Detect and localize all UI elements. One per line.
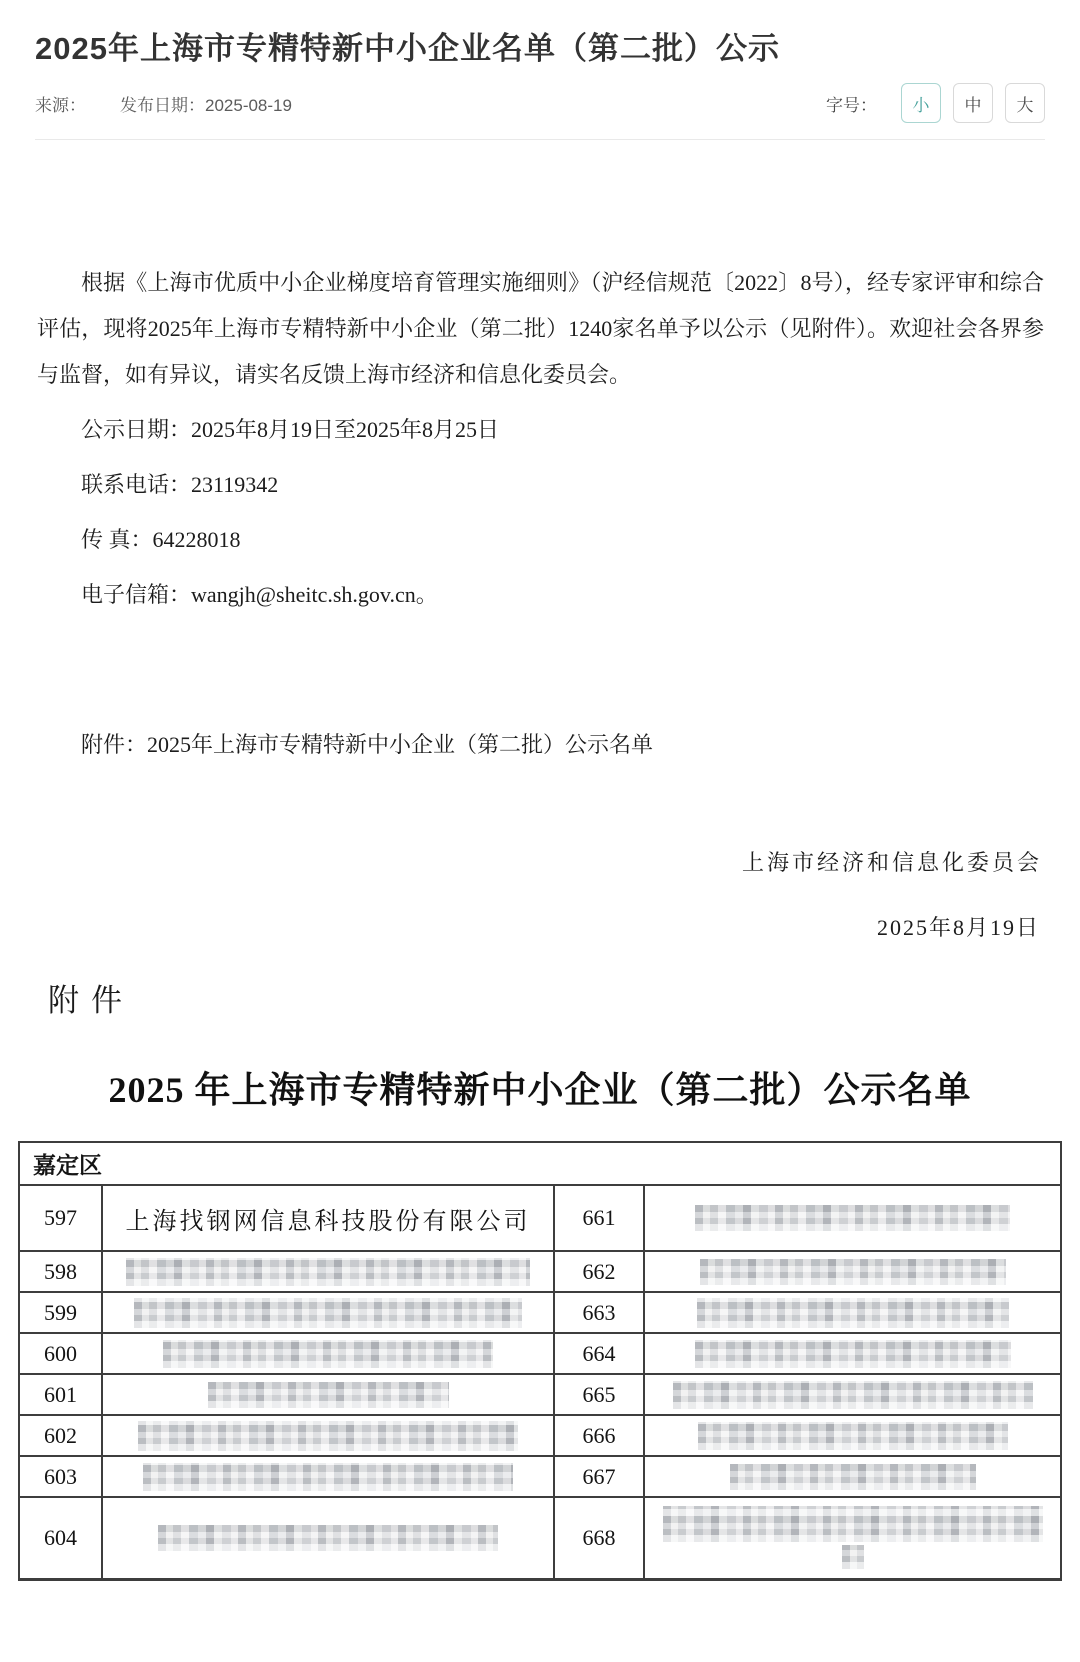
article-body: 根据《上海市优质中小企业梯度培育管理实施细则》（沪经信规范〔2022〕8号），经…: [0, 260, 1080, 951]
seq-number: 598: [19, 1251, 102, 1292]
redacted-company-name: [695, 1340, 1011, 1368]
seq-number: 604: [19, 1497, 102, 1579]
font-size-large-button[interactable]: 大: [1005, 83, 1045, 123]
email-label: 电子信箱：: [81, 582, 191, 607]
table-row: 600 664: [19, 1333, 1061, 1374]
seq-number: 602: [19, 1415, 102, 1456]
redacted-company-name: [126, 1258, 530, 1286]
redacted-company-name: [730, 1464, 976, 1490]
table-row: 602 666: [19, 1415, 1061, 1456]
fax-line: 传 真：64228018: [37, 517, 1044, 563]
page-header: 2025年上海市专精特新中小企业名单（第二批）公示 来源： 发布日期：2025-…: [0, 0, 1080, 140]
seq-number: 601: [19, 1374, 102, 1415]
redacted-company-name: [700, 1259, 1006, 1285]
table-row: 604 668: [19, 1497, 1061, 1579]
fax-label: 传 真：: [81, 527, 153, 552]
publicity-period-label: 公示日期：: [81, 417, 191, 442]
district-name: 嘉定区: [19, 1142, 1061, 1185]
redacted-company-name: [208, 1382, 449, 1408]
header-divider: [35, 139, 1045, 140]
redacted-company-name: [158, 1525, 498, 1551]
font-size-control: 字号： 小 中 大: [826, 83, 1045, 123]
seq-number: 668: [554, 1497, 644, 1579]
phone-label: 联系电话：: [81, 472, 191, 497]
bottom-whitespace: [0, 1581, 1080, 1617]
attachment-ref-line: 附件：2025年上海市专精特新中小企业（第二批）公示名单: [37, 722, 1044, 768]
attachment-section: 附件 2025 年上海市专精特新中小企业（第二批）公示名单 嘉定区 597 上海…: [0, 975, 1080, 1581]
redacted-company-name: [673, 1381, 1033, 1409]
page-title: 2025年上海市专精特新中小企业名单（第二批）公示: [35, 30, 1045, 67]
seq-number: 665: [554, 1374, 644, 1415]
issue-date: 2025年8月19日: [37, 905, 1040, 951]
table-row: 603 667: [19, 1456, 1061, 1497]
seq-number: 667: [554, 1456, 644, 1497]
email-value: wangjh@sheitc.sh.gov.cn。: [191, 582, 438, 607]
font-size-small-button[interactable]: 小: [901, 83, 941, 123]
announcement-page: 2025年上海市专精特新中小企业名单（第二批）公示 来源： 发布日期：2025-…: [0, 0, 1080, 1662]
redacted-company-name: [645, 1506, 1060, 1569]
seq-number: 663: [554, 1292, 644, 1333]
seq-number: 661: [554, 1185, 644, 1251]
publish-date-label: 发布日期：: [120, 91, 205, 116]
meta-row: 来源： 发布日期：2025-08-19 字号： 小 中 大: [35, 83, 1045, 123]
seq-number: 603: [19, 1456, 102, 1497]
source-label: 来源：: [35, 91, 86, 116]
seq-number: 662: [554, 1251, 644, 1292]
attachment-ref-label: 附件：: [81, 732, 147, 757]
redacted-company-name: [695, 1205, 1010, 1231]
publish-date-value: 2025-08-19: [205, 96, 292, 116]
redacted-company-name: [134, 1298, 522, 1328]
meta-info: 来源： 发布日期：2025-08-19: [35, 91, 292, 116]
publicity-period-line: 公示日期：2025年8月19日至2025年8月25日: [37, 407, 1044, 453]
table-row: 599 663: [19, 1292, 1061, 1333]
issuer-signature: 上海市经济和信息化委员会: [37, 840, 1042, 886]
table-row: 597 上海找钢网信息科技股份有限公司 661: [19, 1185, 1061, 1251]
seq-number: 597: [19, 1185, 102, 1251]
attachment-list-title: 2025 年上海市专精特新中小企业（第二批）公示名单: [0, 1062, 1080, 1113]
district-header-row: 嘉定区: [19, 1142, 1061, 1185]
attachment-heading: 附件: [48, 975, 1080, 1020]
redacted-company-name: [697, 1298, 1009, 1328]
redacted-line: [663, 1506, 1043, 1542]
font-size-medium-button[interactable]: 中: [953, 83, 993, 123]
table-row: 598 662: [19, 1251, 1061, 1292]
email-line: 电子信箱：wangjh@sheitc.sh.gov.cn。: [37, 572, 1044, 618]
seq-number: 664: [554, 1333, 644, 1374]
company-name: 上海找钢网信息科技股份有限公司: [126, 1209, 531, 1235]
redacted-company-name: [698, 1422, 1008, 1450]
redacted-company-name: [163, 1340, 493, 1368]
seq-number: 600: [19, 1333, 102, 1374]
phone-value: 23119342: [191, 472, 278, 497]
publicity-period-value: 2025年8月19日至2025年8月25日: [191, 417, 499, 442]
seq-number: 599: [19, 1292, 102, 1333]
attachment-ref-value: 2025年上海市专精特新中小企业（第二批）公示名单: [147, 732, 653, 757]
redacted-company-name: [143, 1463, 513, 1491]
seq-number: 666: [554, 1415, 644, 1456]
fax-value: 64228018: [153, 527, 241, 552]
font-size-label: 字号：: [826, 91, 877, 116]
company-roster-table: 嘉定区 597 上海找钢网信息科技股份有限公司 661 598 662 599: [18, 1141, 1062, 1581]
redacted-line: [842, 1545, 864, 1569]
redacted-company-name: [138, 1421, 518, 1451]
announcement-paragraph: 根据《上海市优质中小企业梯度培育管理实施细则》（沪经信规范〔2022〕8号），经…: [37, 260, 1044, 398]
phone-line: 联系电话：23119342: [37, 462, 1044, 508]
table-row: 601 665: [19, 1374, 1061, 1415]
